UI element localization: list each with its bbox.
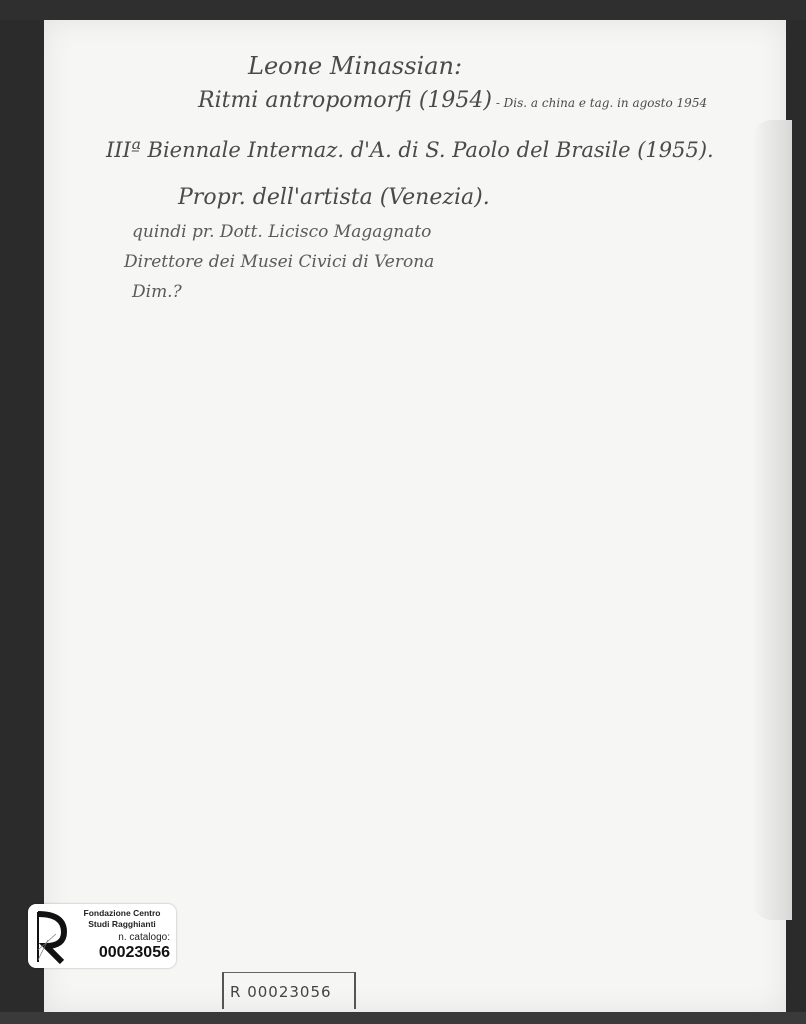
organization-line-1: Fondazione Centro bbox=[72, 908, 172, 919]
scan-frame-bottom bbox=[0, 1012, 806, 1024]
torn-paper-edge bbox=[752, 120, 792, 920]
subsequent-owner-note: quindi pr. Dott. Licisco Magagnato bbox=[132, 222, 431, 242]
organization-name: Fondazione Centro Studi Ragghianti bbox=[72, 908, 172, 930]
ragghianti-logo-icon bbox=[34, 910, 68, 964]
exhibition-note: IIIª Biennale Internaz. d'A. di S. Paolo… bbox=[106, 138, 714, 162]
artist-name: Leone Minassian: bbox=[248, 52, 462, 80]
dimensions-note: Dim.? bbox=[132, 282, 182, 302]
catalog-number: 00023056 bbox=[99, 944, 170, 962]
scan-frame-top bbox=[0, 0, 806, 20]
organization-line-2: Studi Ragghianti bbox=[72, 919, 172, 930]
owner-title-note: Direttore dei Musei Civici di Verona bbox=[124, 252, 434, 272]
artwork-title-line: Ritmi antropomorfi (1954) - Dis. a china… bbox=[198, 88, 707, 113]
technique-note: - Dis. a china e tag. in agosto 1954 bbox=[492, 96, 707, 110]
catalog-number-label: n. catalogo: bbox=[118, 932, 170, 943]
document-sheet bbox=[44, 20, 786, 1012]
catalog-label: Fondazione Centro Studi Ragghianti n. ca… bbox=[28, 904, 176, 968]
artwork-title: Ritmi antropomorfi (1954) bbox=[198, 88, 492, 113]
inventory-stamp-text: R 00023056 bbox=[230, 983, 332, 1001]
provenance-note: Propr. dell'artista (Venezia). bbox=[178, 185, 490, 210]
